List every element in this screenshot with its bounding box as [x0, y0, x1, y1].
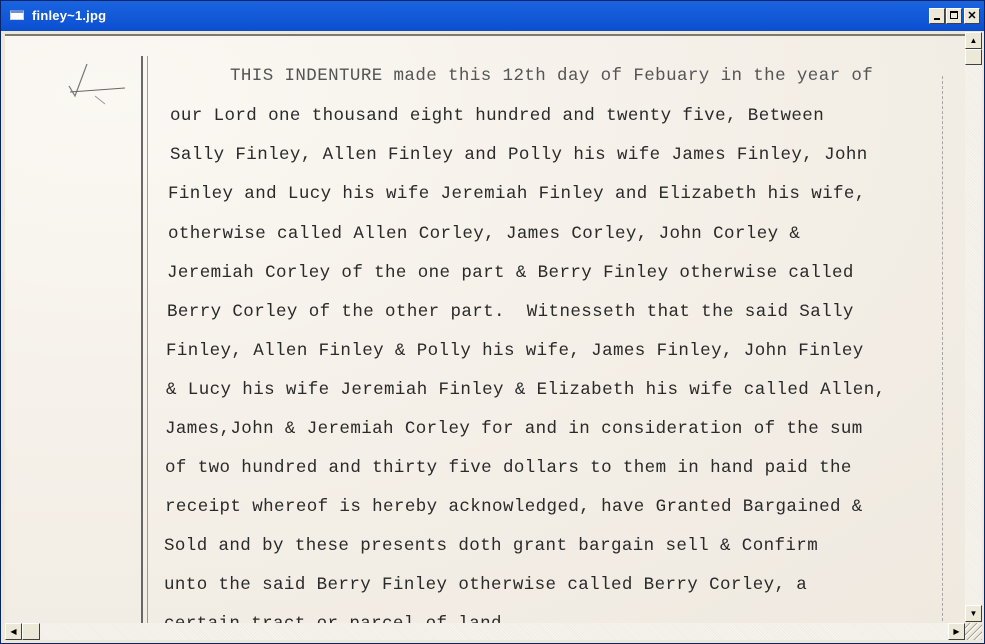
document-line: James,John & Jeremiah Corley for and in … — [165, 419, 863, 439]
document-line: unto the said Berry Finley otherwise cal… — [164, 575, 807, 595]
document-line: Jeremiah Corley of the one part & Berry … — [167, 263, 854, 283]
document-line: our Lord one thousand eight hundred and … — [170, 106, 824, 126]
document-line: Berry Corley of the other part. Witnesse… — [167, 302, 854, 322]
title-bar[interactable]: finley~1.jpg ✕ — [1, 1, 984, 31]
maximize-button[interactable] — [946, 8, 962, 24]
margin-rule-right — [942, 76, 944, 624]
scroll-right-button[interactable]: ▶ — [948, 623, 965, 640]
document-line: THIS INDENTURE made this 12th day of Feb… — [230, 66, 873, 86]
resize-grip[interactable] — [965, 623, 982, 640]
vertical-scroll-thumb[interactable] — [965, 49, 982, 65]
document-line: otherwise called Allen Corley, James Cor… — [168, 224, 800, 244]
vertical-scrollbar[interactable]: ▲ ▼ — [965, 32, 982, 622]
window-title: finley~1.jpg — [32, 8, 106, 23]
horizontal-scroll-thumb[interactable] — [22, 623, 40, 640]
pencil-checkmark — [65, 56, 125, 116]
image-viewer-window: finley~1.jpg ✕ THIS INDENTURE made this … — [0, 0, 985, 644]
image-window-icon[interactable] — [10, 10, 24, 20]
horizontal-scrollbar[interactable]: ◀ ▶ — [5, 623, 965, 640]
image-viewport: THIS INDENTURE made this 12th day of Feb… — [5, 34, 965, 624]
minimize-button[interactable] — [929, 8, 945, 24]
close-button[interactable]: ✕ — [964, 8, 980, 24]
document-line: Finley and Lucy his wife Jeremiah Finley… — [168, 184, 866, 204]
document-line: of two hundred and thirty five dollars t… — [165, 458, 852, 478]
document-line: Sally Finley, Allen Finley and Polly his… — [170, 145, 868, 165]
document-line: & Lucy his wife Jeremiah Finley & Elizab… — [166, 380, 886, 400]
scroll-left-button[interactable]: ◀ — [5, 623, 22, 640]
margin-rule-left-inner — [147, 56, 148, 624]
document-line: Sold and by these presents doth grant ba… — [164, 536, 818, 556]
document-line: Finley, Allen Finley & Polly his wife, J… — [166, 341, 864, 361]
scanned-document: THIS INDENTURE made this 12th day of Feb… — [5, 36, 965, 624]
margin-rule-left — [141, 56, 143, 624]
scroll-up-button[interactable]: ▲ — [965, 32, 982, 49]
scroll-down-button[interactable]: ▼ — [965, 605, 982, 622]
document-line: receipt whereof is hereby acknowledged, … — [165, 497, 863, 517]
